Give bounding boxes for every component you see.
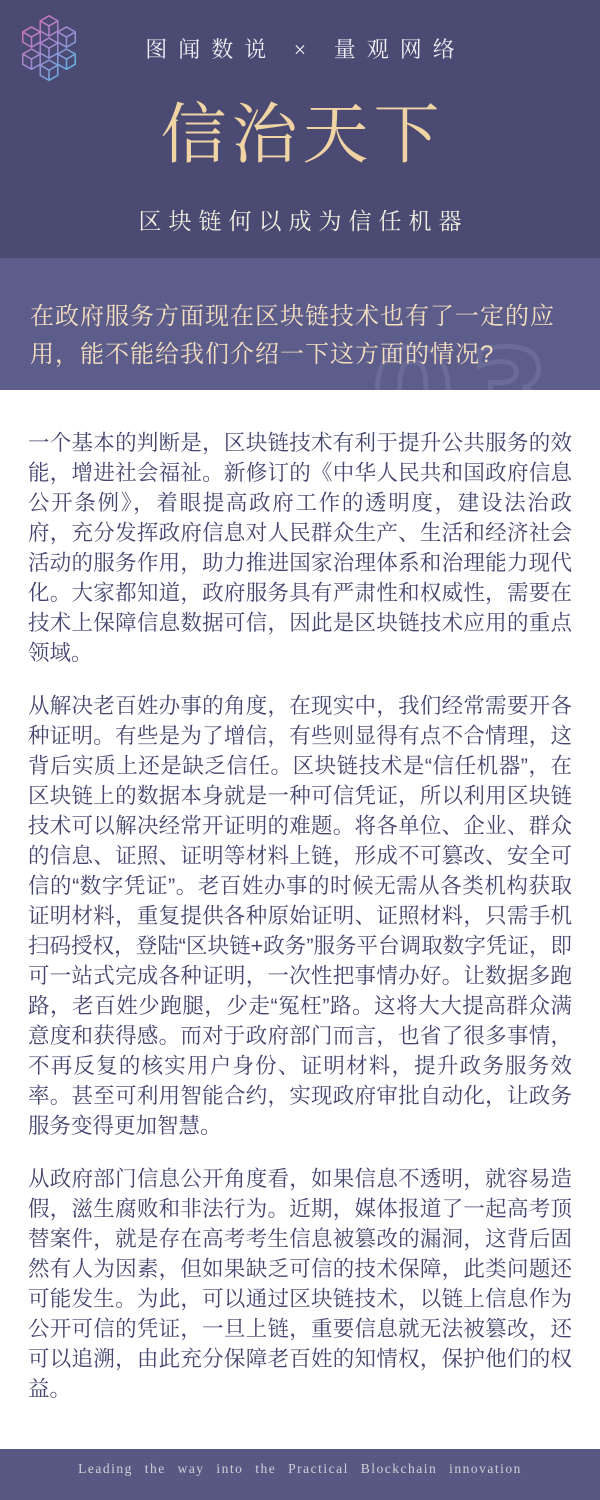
article-paragraph: 从政府部门信息公开角度看，如果信息不透明，就容易造假，滋生腐败和非法行为。近期，…: [28, 1164, 572, 1404]
question-box: 在政府服务方面现在区块链技术也有了一定的应用，能不能给我们介绍一下这方面的情况?…: [0, 258, 600, 390]
article-body: 一个基本的判断是，区块链技术有利于提升公共服务的效能，增进社会福祉。新修订的《中…: [0, 390, 600, 1404]
footer-tagline: Leading the way into the Practical Block…: [0, 1449, 600, 1477]
infographic-page: 图闻数说 × 量观网络 信治天下 区块链何以成为信任机器 在政府服务方面现在区块…: [0, 0, 600, 1500]
blockchain-cubes-icon: [14, 11, 84, 87]
brand-name: 图闻数说 × 量观网络: [0, 0, 600, 64]
article-paragraph: 从解决老百姓办事的角度，在现实中，我们经常需要开各种证明。有些是为了增信，有些则…: [28, 691, 572, 1141]
hero-section: 图闻数说 × 量观网络 信治天下 区块链何以成为信任机器: [0, 0, 600, 258]
brand-row: 图闻数说 × 量观网络: [0, 0, 600, 96]
question-text: 在政府服务方面现在区块链技术也有了一定的应用，能不能给我们介绍一下这方面的情况?: [30, 298, 555, 374]
page-subtitle: 区块链何以成为信任机器: [0, 208, 600, 236]
footer-bar: Leading the way into the Practical Block…: [0, 1449, 600, 1500]
article-paragraph: 一个基本的判断是，区块链技术有利于提升公共服务的效能，增进社会福祉。新修订的《中…: [28, 428, 572, 668]
page-title: 信治天下: [0, 98, 600, 174]
